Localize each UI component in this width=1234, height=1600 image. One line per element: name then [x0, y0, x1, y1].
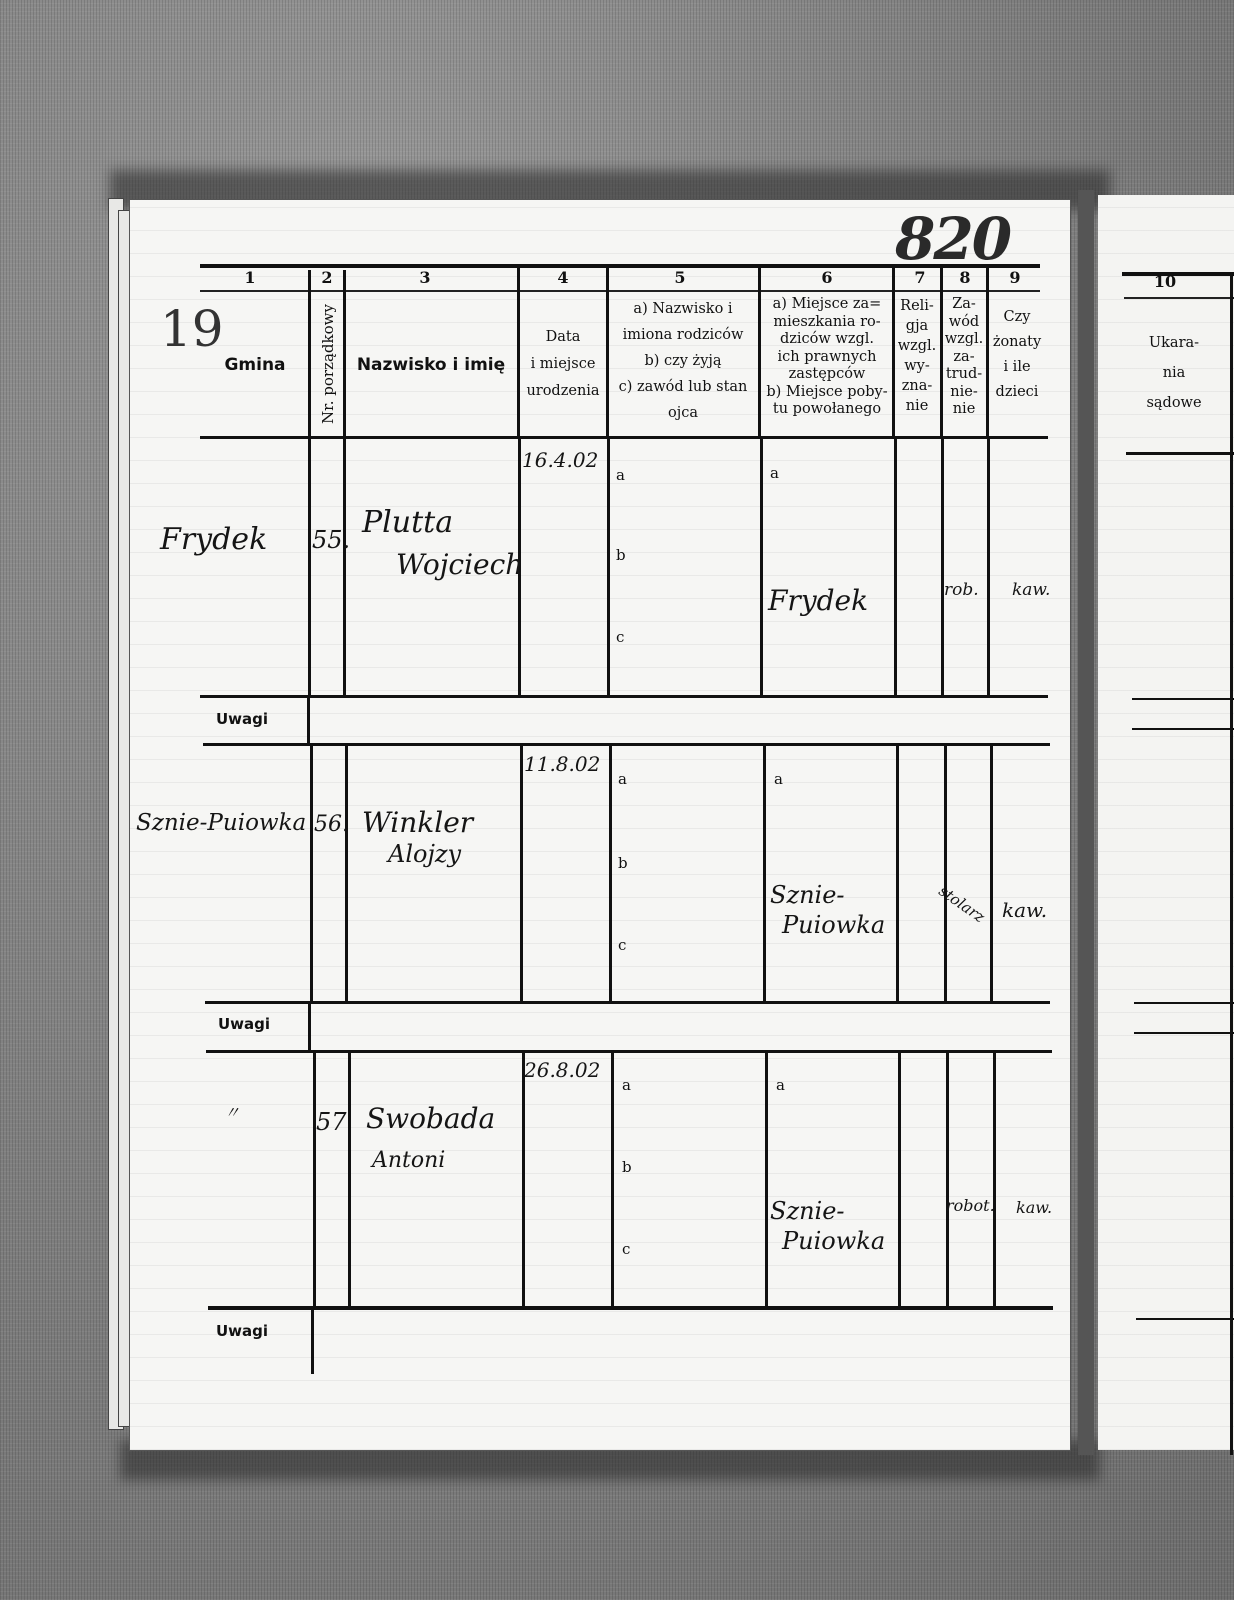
column-number-1: 1	[230, 268, 270, 287]
column-number-6: 6	[812, 268, 842, 287]
entry-given-name: Antoni	[372, 1148, 445, 1173]
header-miejsce-zamieszkania: a) Miejsce za= mieszkania ro- dziców wzg…	[760, 296, 894, 419]
col-divider	[993, 1052, 996, 1308]
entry-birth-date: 26.8.02	[524, 1058, 600, 1082]
entry-surname: Swobada	[366, 1102, 495, 1135]
col-divider	[345, 745, 348, 1001]
col-divider	[760, 438, 763, 696]
sub-label-b: b	[622, 1158, 632, 1176]
entry-nr: 57	[316, 1108, 347, 1136]
facing-rule	[1132, 728, 1234, 730]
col-divider	[896, 745, 899, 1001]
col-divider	[348, 1052, 351, 1308]
col-divider	[607, 438, 610, 696]
remarks-label: Uwagi	[216, 710, 268, 728]
sub-label-a: a	[774, 770, 783, 788]
header-nr-porzadkowy: Nr. porządkowy	[319, 304, 337, 424]
col-divider	[941, 438, 944, 696]
entry-birth-date: 11.8.02	[524, 752, 600, 776]
facing-rule	[1134, 1032, 1234, 1034]
column-number-2: 2	[312, 268, 342, 287]
entry-given-name: Alojzy	[388, 840, 461, 868]
facing-column-divider	[1230, 275, 1233, 1455]
header-ukarania: Ukara- nia sądowe	[1124, 328, 1224, 418]
sub-label-a: a	[770, 464, 779, 482]
remarks-divider	[307, 697, 310, 743]
col-divider	[763, 745, 766, 1001]
entry-occupation: rob.	[944, 580, 979, 600]
entry-nr: 56.	[314, 812, 349, 837]
col-divider	[520, 745, 523, 1001]
entry-occupation: robot.	[946, 1196, 995, 1215]
remarks-top-rule	[208, 1306, 1053, 1310]
col-divider	[892, 266, 895, 438]
col-divider	[944, 745, 947, 1001]
facing-column-number-rule	[1124, 297, 1234, 299]
entry-surname: Winkler	[362, 806, 473, 839]
column-number-4: 4	[548, 268, 578, 287]
header-bottom-rule	[200, 436, 1048, 439]
col-divider	[986, 266, 989, 438]
header-religia: Reli- gja wzgl. wy- zna- nie	[893, 296, 941, 416]
col-divider	[343, 438, 346, 696]
remarks-divider	[311, 1310, 314, 1374]
sub-label-c: c	[616, 628, 624, 646]
col-divider	[308, 270, 311, 438]
column-number-3: 3	[410, 268, 440, 287]
col-divider	[609, 745, 612, 1001]
entry-surname: Plutta	[362, 505, 453, 540]
page-number-stamp: 820	[895, 205, 1010, 273]
entry-residence: Frydek	[768, 584, 868, 617]
facing-rule	[1132, 698, 1234, 700]
entry-marital-status: kaw.	[1012, 580, 1050, 600]
sub-label-b: b	[616, 546, 626, 564]
facing-rule	[1134, 1002, 1234, 1004]
column-number-9: 9	[1000, 268, 1030, 287]
sub-label-c: c	[622, 1240, 630, 1258]
header-rodzice: a) Nazwisko i imiona rodziców b) czy żyj…	[607, 296, 759, 426]
col-divider	[606, 266, 609, 438]
header-nazwisko-imie: Nazwisko i imię	[345, 355, 517, 375]
sub-label-b: b	[618, 854, 628, 872]
remarks-label: Uwagi	[216, 1322, 268, 1340]
header-zawod: Za- wód wzgl. za- trud- nie- nie	[941, 296, 987, 419]
header-zonaty: Czy żonaty i ile dzieci	[988, 305, 1046, 405]
sheet-number: 19	[160, 300, 224, 358]
column-number-5: 5	[665, 268, 695, 287]
remarks-top-rule	[200, 695, 1048, 698]
entry-residence: Sznie- Puiowka	[770, 880, 885, 940]
sub-label-a: a	[616, 466, 625, 484]
sub-label-a: a	[618, 770, 627, 788]
col-divider	[894, 438, 897, 696]
sub-label-c: c	[618, 936, 626, 954]
remarks-bottom-rule	[206, 1050, 1052, 1053]
entry-residence: Sznie- Puiowka	[770, 1196, 885, 1256]
col-divider	[308, 438, 311, 696]
col-divider	[343, 270, 346, 438]
remarks-bottom-rule	[203, 743, 1050, 746]
sub-label-a: a	[776, 1076, 785, 1094]
col-divider	[522, 1052, 525, 1308]
column-number-7: 7	[905, 268, 935, 287]
col-divider	[611, 1052, 614, 1308]
col-divider	[946, 1052, 949, 1308]
col-divider	[517, 266, 520, 438]
col-divider	[898, 1052, 901, 1308]
header-gmina: Gmina	[205, 355, 305, 375]
book-gutter	[1078, 190, 1094, 1455]
entry-marital-status: kaw.	[1016, 1198, 1052, 1217]
header-data-urodzenia: Data i miejsce urodzenia	[518, 324, 608, 405]
entry-gmina: Sznie-Puiowka	[136, 810, 306, 836]
column-number-10: 10	[1140, 272, 1190, 291]
column-number-8: 8	[950, 268, 980, 287]
entry-gmina-ditto: 〃	[224, 1100, 240, 1123]
entry-birth-date: 16.4.02	[522, 448, 598, 472]
facing-header-bottom-rule	[1126, 452, 1234, 455]
column-number-rule	[200, 290, 1040, 292]
col-divider	[765, 1052, 768, 1308]
entry-nr: 55.	[312, 526, 350, 554]
entry-marital-status: kaw.	[1002, 898, 1047, 922]
remarks-divider	[308, 1003, 311, 1051]
sub-label-a: a	[622, 1076, 631, 1094]
col-divider	[758, 266, 761, 438]
col-divider	[990, 745, 993, 1001]
entry-gmina: Frydek	[160, 522, 267, 557]
remarks-label: Uwagi	[218, 1015, 270, 1033]
entry-given-name: Wojciech	[396, 548, 523, 581]
col-divider	[987, 438, 990, 696]
remarks-top-rule	[205, 1001, 1050, 1004]
col-divider	[313, 1052, 316, 1308]
col-divider	[940, 266, 943, 438]
facing-rule	[1136, 1318, 1234, 1320]
col-divider	[310, 745, 313, 1001]
